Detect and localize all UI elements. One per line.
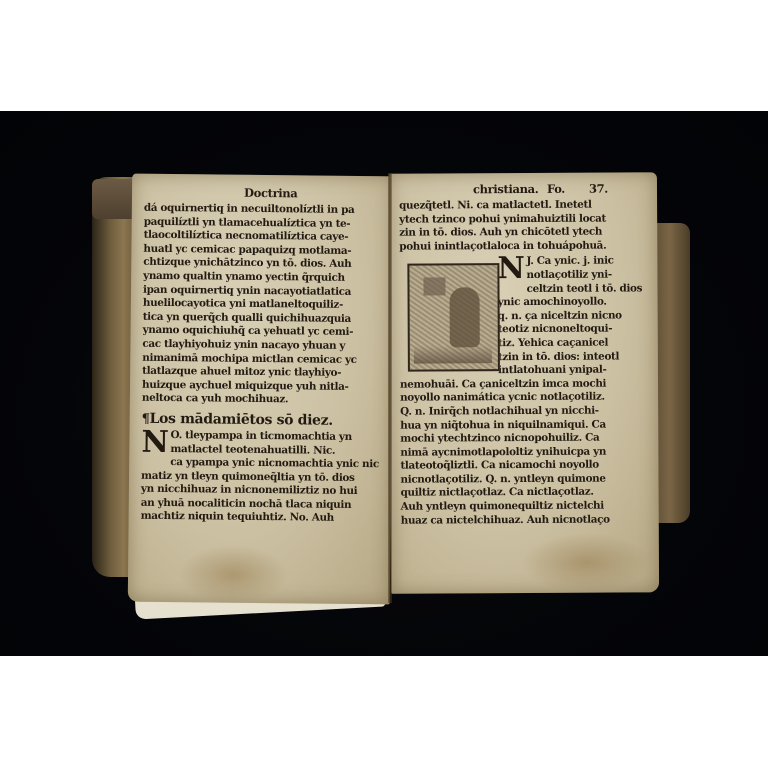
text-line: pohui inintlaçotlaloca in tohuápohuā. <box>399 239 651 254</box>
book-gutter <box>388 173 392 603</box>
water-stain <box>521 532 651 593</box>
left-page: Doctrina dá oquirnertiq in necuiltonolíz… <box>128 174 394 605</box>
text-line: Q. n. Inirq̃ch notlachihual yn nicchi- <box>400 404 652 419</box>
text-line: mochi ytechtzinco nicnopohuiliz. Ca <box>400 431 652 446</box>
text-line: zin in tō. dios. Auh yn chicōtetl ytech <box>399 226 651 241</box>
text-line: hua yn niq̃tohua in niquilnamiqui. Ca <box>400 418 652 433</box>
running-head-left: Doctrina <box>244 187 298 201</box>
book-photograph: Doctrina dá oquirnertiq in necuiltonolíz… <box>0 111 768 656</box>
kneeling-figure-icon <box>449 287 479 347</box>
ground-foliage <box>414 345 492 363</box>
drop-cap: N <box>141 429 168 457</box>
folio-number: 37. <box>589 183 608 197</box>
text-line: teotiz nicnoneltoqui- <box>498 323 652 337</box>
text-line: neltoca ca yuh mochihuaz. <box>142 392 382 408</box>
text-line: ytech tzinco pohui ynimahuiztili locat <box>399 212 651 227</box>
text-line: q. n. ça niceltzin nicno <box>498 309 652 323</box>
running-head-right: christiana. <box>473 183 538 197</box>
right-page: christiana. Fo. 37. quezq̃tetl. Ni. ca m… <box>389 172 659 593</box>
text-line: intlatohuani ynipal- <box>498 363 652 377</box>
text-line: huaz ca nictelchihuaz. Auh nicnotlaço <box>401 513 653 528</box>
text-line: quiltiz nictlaçotlaz. Ca nictlaçotlaz. <box>401 486 653 501</box>
water-stain <box>178 544 289 605</box>
text-line: tiz. Yehica caçanicel <box>498 336 652 350</box>
drop-cap: N <box>497 255 524 283</box>
left-page-text: dá oquirnertiq in necuiltonolíztli in pa… <box>141 202 384 527</box>
text-line: ynic amochinoyollo. <box>498 295 652 309</box>
text-line: nicnotlaçotiliz. Q. n. yntleyn quimone <box>400 472 652 487</box>
text-line: nimā aycnimotlapololtiz ynihuicpa yn <box>400 445 652 460</box>
book-icon <box>423 277 445 295</box>
paragraph-mark-icon: ¶ <box>142 412 150 427</box>
text-line: quezq̃tetl. Ni. ca matlactetl. Inetetl <box>399 198 651 213</box>
section-heading: ¶Los mādamiētos sō diez. <box>142 410 382 432</box>
text-line: tzin in tō. dios: inteotl <box>498 350 652 364</box>
text-line: Auh yntleyn quimonequiltiz nictelchi <box>401 499 653 514</box>
text-line: noyollo nanimática ycnic notlaçotiliz. <box>400 391 652 406</box>
text-line: machtiz niquin tequiuhtiz. No. Auh <box>141 510 381 526</box>
text-line: nemohuāi. Ca çaniceltzin imca mochi <box>400 377 652 392</box>
folio-label: Fo. <box>547 183 565 197</box>
woodcut-illustration <box>407 263 500 371</box>
text-line: tlateotoq̃liztli. Ca nicamochi noyollo <box>400 459 652 474</box>
